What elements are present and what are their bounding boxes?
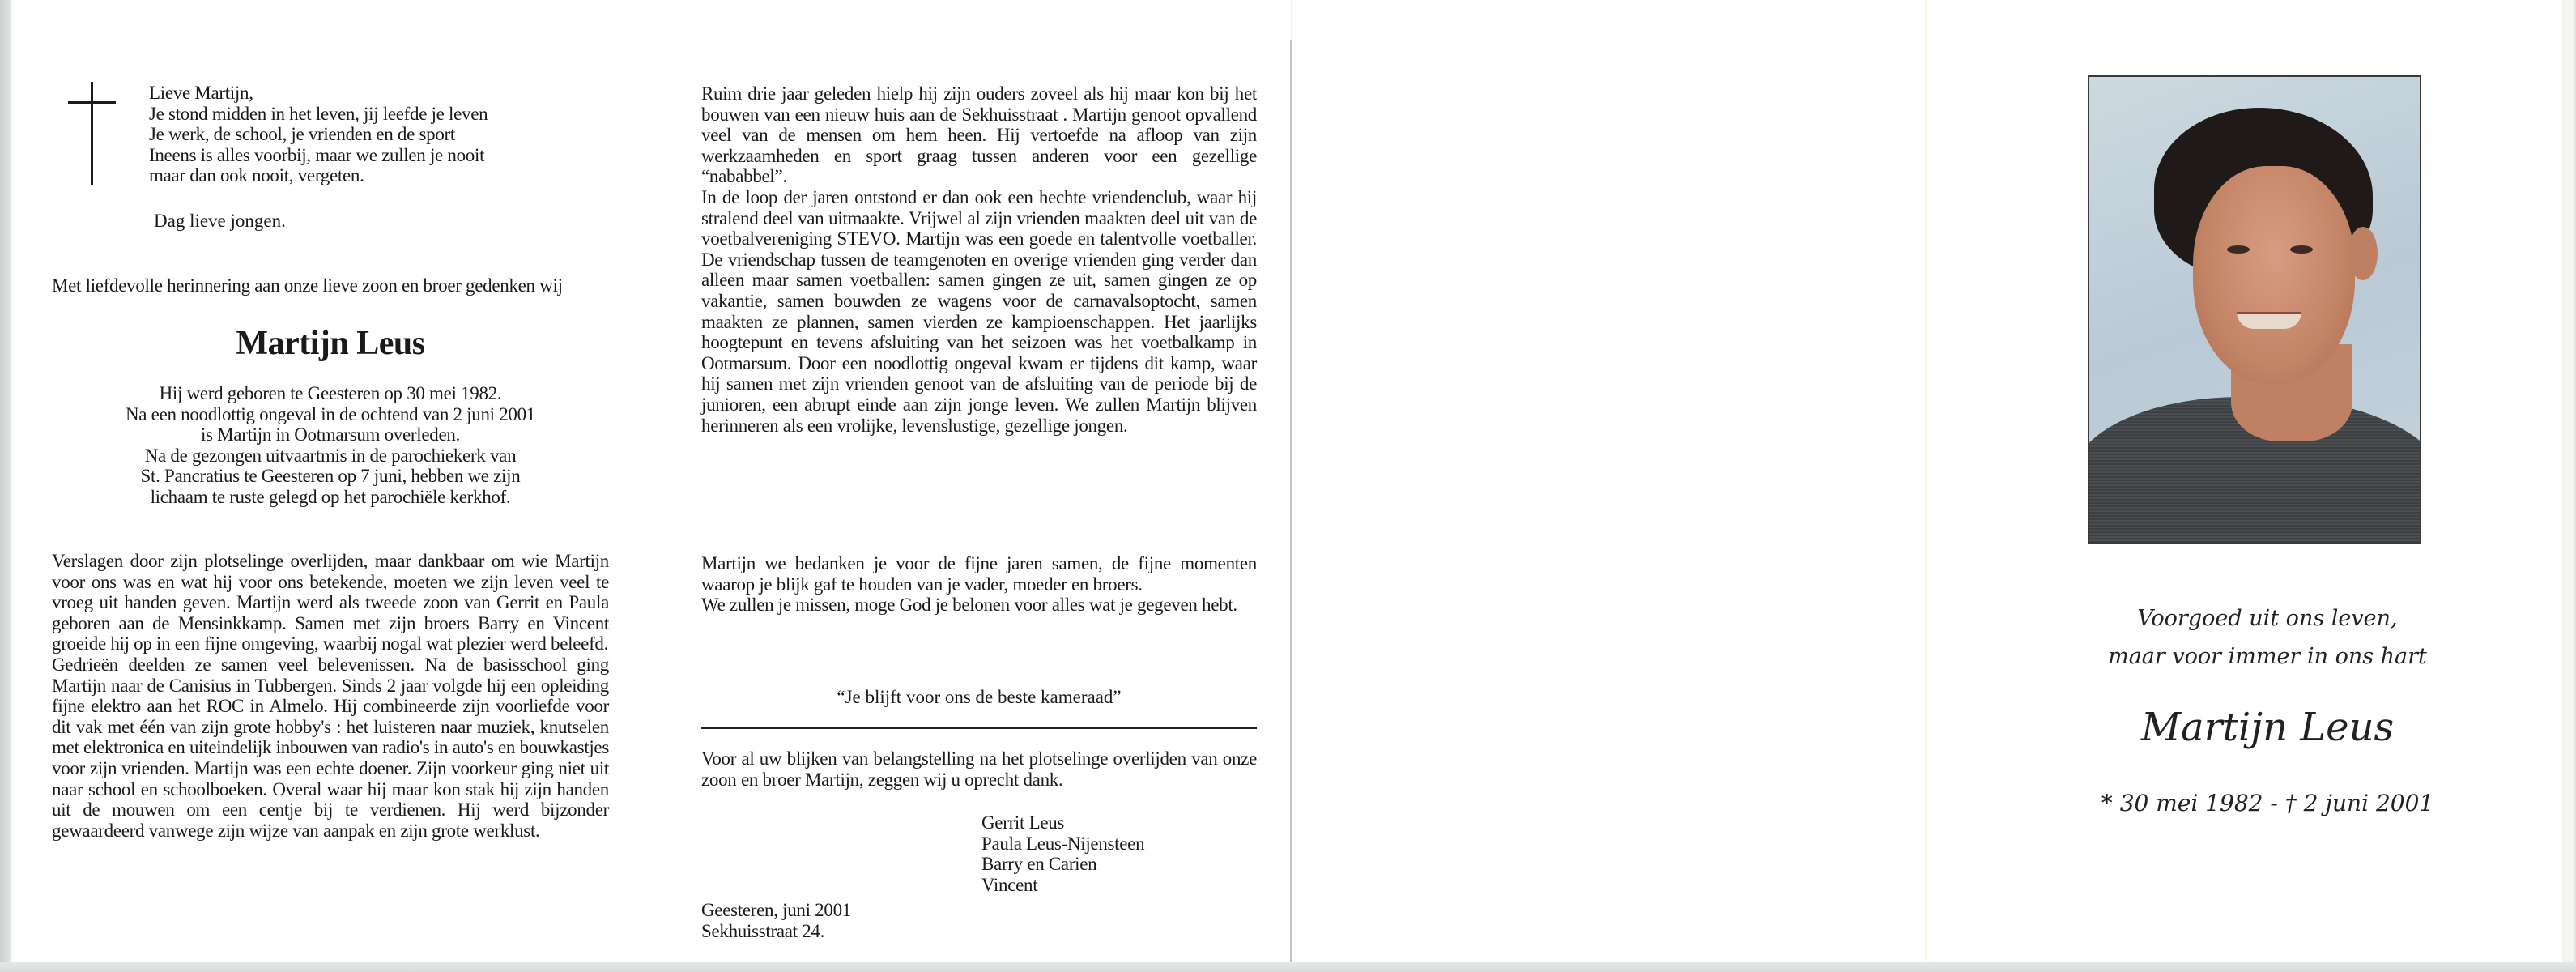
photo-ear <box>2348 227 2378 280</box>
story-paragraph: In de loop der jaren ontstond er dan ook… <box>701 187 1257 436</box>
scan-edge-bottom <box>0 962 2576 972</box>
bio-line: is Martijn in Ootmarsum overleden. <box>52 424 609 446</box>
motto: Voorgoed uit ons leven, maar voor immer … <box>2073 599 2462 676</box>
acknowledgement: Voor al uw blijken van belangstelling na… <box>701 748 1257 790</box>
divider-line <box>701 727 1257 729</box>
place-date: Geesteren, juni 2001 <box>701 900 851 921</box>
poem-line: maar dan ook nooit, vergeten. <box>149 165 602 186</box>
address: Sekhuisstraat 24. <box>701 921 851 942</box>
portrait-photo <box>2088 75 2421 544</box>
bio-line: St. Pancratius te Geesteren op 7 juni, h… <box>52 466 609 487</box>
cross-icon-vertical <box>91 82 93 185</box>
signer: Barry en Carien <box>981 854 1144 875</box>
life-dates: * 30 mei 1982 - † 2 juni 2001 <box>2057 790 2478 816</box>
place-and-address: Geesteren, juni 2001 Sekhuisstraat 24. <box>701 900 851 941</box>
story-paragraph: Verslagen door zijn plotselinge overlijd… <box>52 551 609 654</box>
signer: Vincent <box>981 875 1144 896</box>
story-paragraph: Ruim drie jaar geleden hielp hij zijn ou… <box>701 83 1257 187</box>
signers: Gerrit Leus Paula Leus-Nijensteen Barry … <box>981 812 1144 895</box>
poem-line: Ineens is alles voorbij, maar we zullen … <box>149 145 602 166</box>
intro-text: Met liefdevolle herinnering aan onze lie… <box>52 275 609 296</box>
poem: Lieve Martijn, Je stond midden in het le… <box>149 83 602 186</box>
poem-line: Lieve Martijn, <box>149 83 602 104</box>
thanks-paragraph: Martijn we bedanken je voor de fijne jar… <box>701 553 1257 595</box>
cross-icon-horizontal <box>68 101 116 104</box>
thanks-text: Martijn we bedanken je voor de fijne jar… <box>701 553 1257 616</box>
scan-edge-left <box>0 0 11 972</box>
poem-line: Je stond midden in het leven, jij leefde… <box>149 104 602 125</box>
bio-line: lichaam te ruste gelegd op het parochiël… <box>52 487 609 508</box>
photo-eye <box>2290 245 2313 254</box>
poem-farewell: Dag lieve jongen. <box>154 211 286 232</box>
motto-line: Voorgoed uit ons leven, <box>2073 599 2462 637</box>
photo-face <box>2193 166 2355 385</box>
photo-eye <box>2227 245 2250 254</box>
motto-line: maar voor immer in ons hart <box>2073 637 2462 676</box>
cover-name: Martijn Leus <box>2073 705 2462 750</box>
bio-line: Na een noodlottig ongeval in de ochtend … <box>52 404 609 425</box>
signer: Gerrit Leus <box>981 812 1144 833</box>
story-paragraph: Gedrieën deelden ze samen veel belevenis… <box>52 654 609 841</box>
life-story: Verslagen door zijn plotselinge overlijd… <box>52 551 609 841</box>
thanks-paragraph: We zullen je missen, moge God je belonen… <box>701 595 1257 616</box>
bio-line: Hij werd geboren te Geesteren op 30 mei … <box>52 383 609 404</box>
poem-line: Je werk, de school, je vrienden en de sp… <box>149 124 602 145</box>
bio-line: Na de gezongen uitvaartmis in de parochi… <box>52 446 609 467</box>
fold-line <box>1925 0 1927 964</box>
photo-mouth <box>2237 312 2301 329</box>
life-story-continued: Ruim drie jaar geleden hielp hij zijn ou… <box>701 83 1257 436</box>
signer: Paula Leus-Nijensteen <box>981 833 1144 855</box>
quote: “Je blijft voor ons de beste kameraad” <box>701 687 1257 708</box>
biography: Hij werd geboren te Geesteren op 30 mei … <box>52 383 609 508</box>
deceased-name: Martijn Leus <box>52 324 609 363</box>
card-separator <box>1290 40 1292 964</box>
